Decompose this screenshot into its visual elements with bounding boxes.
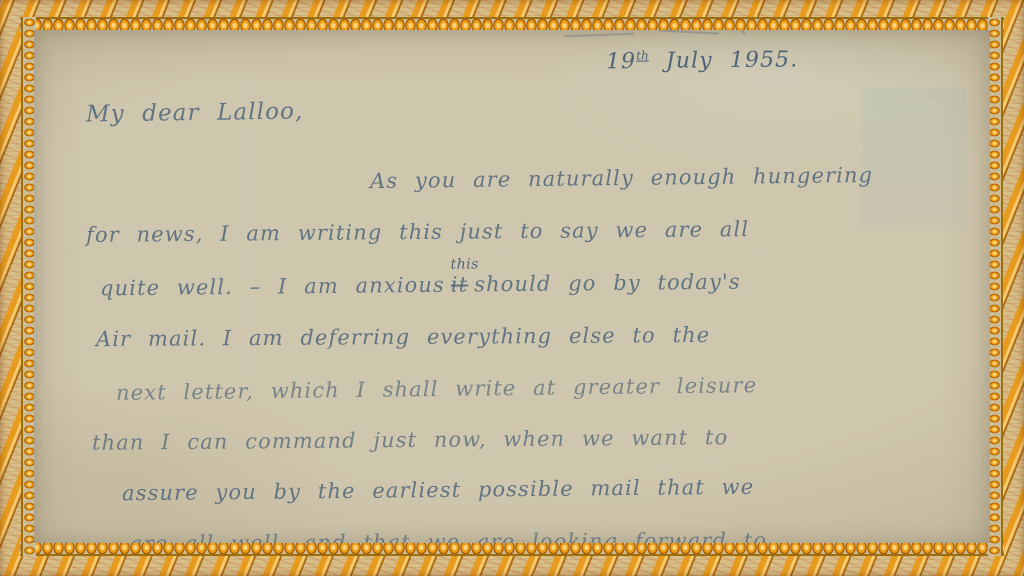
date-rest: July 1955. <box>649 47 799 74</box>
body-line-8-clipped: are all well, and that we are looking fo… <box>130 528 767 543</box>
pen-stroke <box>564 33 634 37</box>
beaded-trim-right <box>988 17 1003 556</box>
body-line-3: quite well. – I am anxiousthisitshould g… <box>100 270 741 301</box>
beaded-trim-bottom <box>20 541 1004 556</box>
body-line-5: next letter, which I shall write at grea… <box>116 373 757 405</box>
body-line-1: As you are naturally enough hungering <box>370 163 873 193</box>
date-ordinal: th <box>636 49 649 63</box>
letter-paper: 19th July 1955. My dear Lalloo, As you a… <box>34 30 990 543</box>
stamp-show-through <box>862 88 966 230</box>
struck-word: it <box>451 272 469 296</box>
date-day: 19 <box>606 49 636 74</box>
body-line-7: assure you by the earliest possible mail… <box>122 475 754 506</box>
line3-post: should go by today's <box>474 270 741 297</box>
date-line: 19th July 1955. <box>606 47 799 74</box>
pen-stroke <box>659 30 719 35</box>
inserted-word: this <box>451 256 479 272</box>
framed-letter-photo: 19th July 1955. My dear Lalloo, As you a… <box>0 0 1024 576</box>
salutation: My dear Lalloo, <box>86 98 304 127</box>
cropped-text-remnant <box>564 30 764 42</box>
body-line-2: for news, I am writing this just to say … <box>86 217 749 247</box>
body-line-4: Air mail. I am deferring everything else… <box>96 323 710 351</box>
line3-pre: quite well. – I am anxious <box>100 273 445 301</box>
body-line-6: than I can command just now, when we wan… <box>92 425 728 455</box>
interlinear-correction: thisit <box>451 272 469 296</box>
pen-stroke <box>736 30 746 35</box>
